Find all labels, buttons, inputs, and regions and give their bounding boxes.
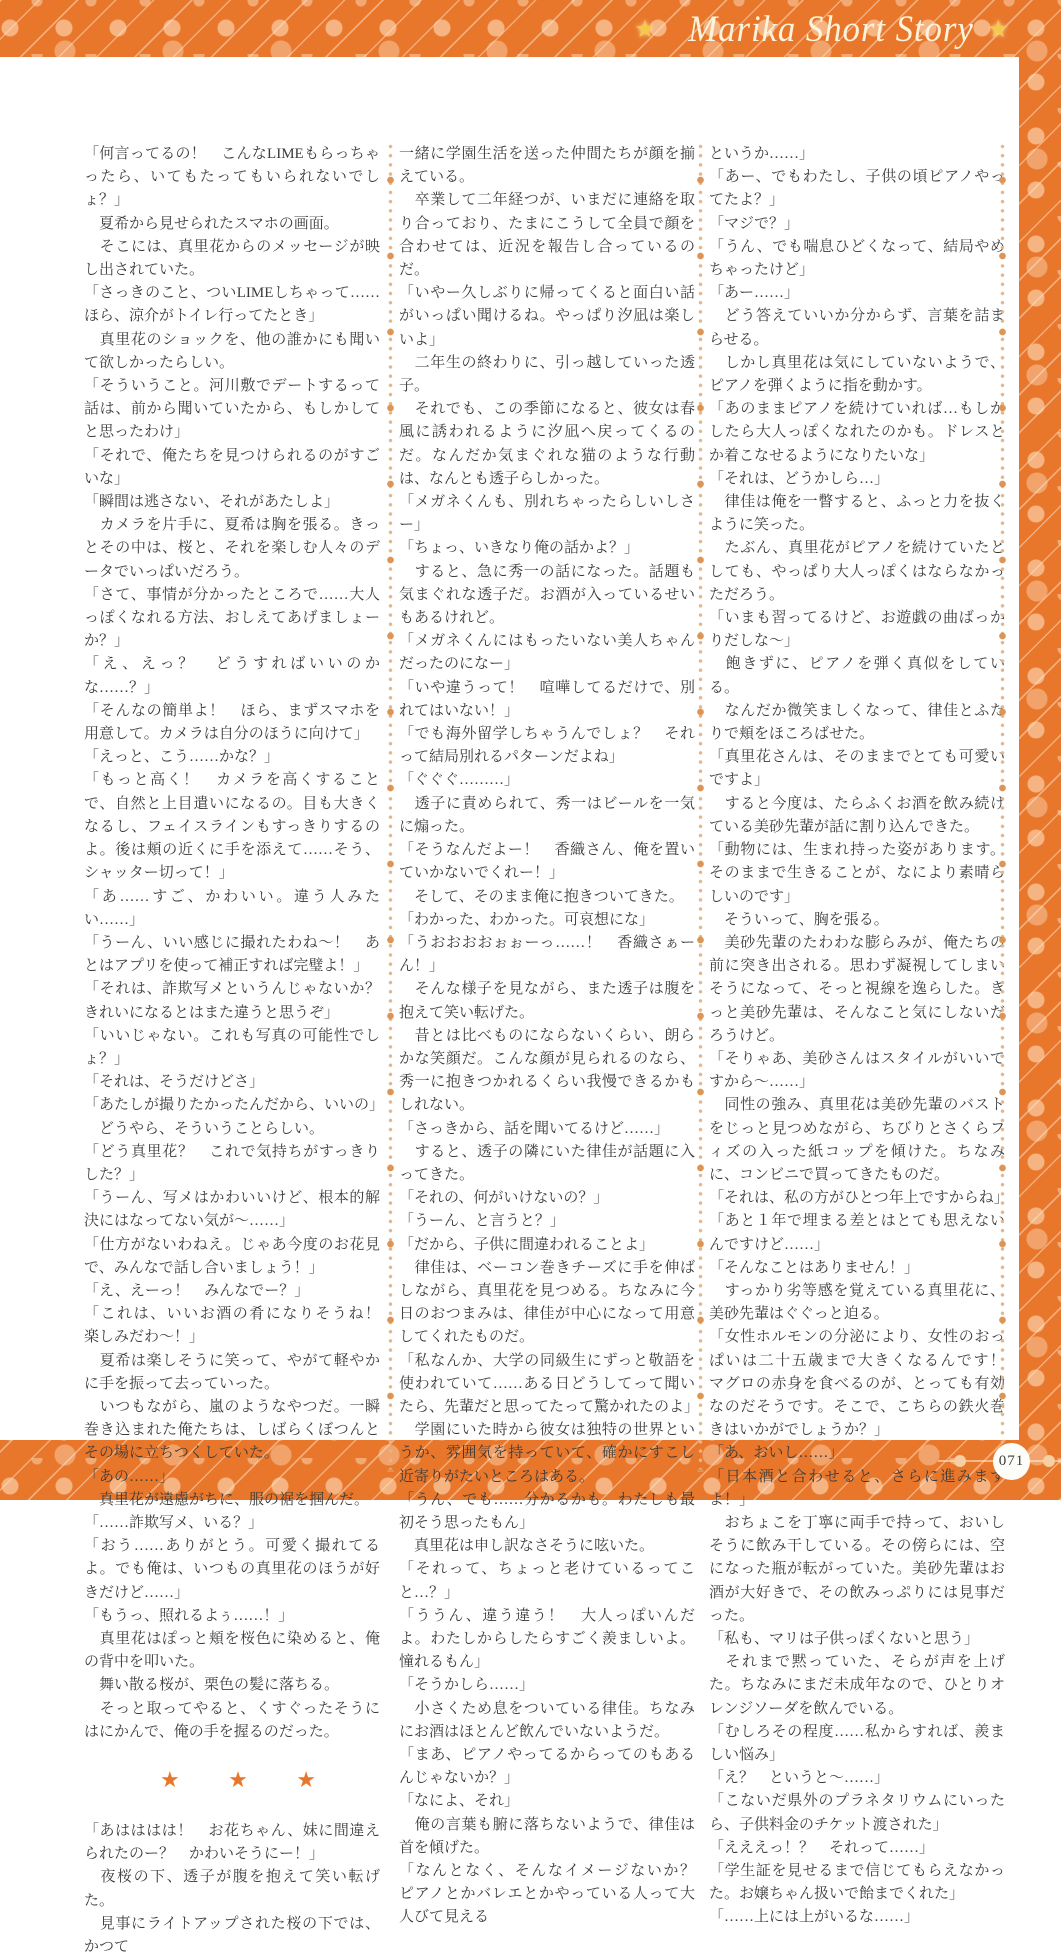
story-paragraph: すると今度は、たらふくお酒を飲み続けている美砂先輩が話に割り込んできた。 [709, 793, 1005, 839]
story-paragraph: 「うん、でも……分かるかも。わたしも最初そう思ったもん」 [399, 1489, 695, 1500]
story-paragraph: 「え、えーっ！ みんなでー？」 [84, 1280, 380, 1303]
story-paragraph: 「瞬間は逃さない、それがあたしよ」 [84, 491, 380, 514]
story-paragraph: たぶん、真里花がピアノを続けていたとしても、やっぱり大人っぽくはならなかっただろ… [709, 537, 1005, 607]
story-paragraph: 「うーん、写メはかわいいけど、根本的解決にはなってない気が〜……」 [84, 1187, 380, 1233]
story-paragraph: 「日本酒と合わせると、さらに進みますよ！」 [709, 1466, 1005, 1500]
story-paragraph: 律佳は俺を一瞥すると、ふっと力を抜くように笑った。 [709, 491, 1005, 537]
story-paragraph: 「うん、でも喘息ひどくなって、結局やめちゃったけど」 [709, 236, 1005, 282]
story-paragraph: 「うーん、いい感じに撮れたわね〜！ あとはアプリを使って補正すれば完璧よ！」 [84, 932, 380, 978]
story-paragraph: いつもながら、嵐のようなやつだ。一瞬巻き込まれた俺たちは、しばらくぼつんとその場… [84, 1396, 380, 1466]
story-paragraph: 「いまも習ってるけど、お遊戯の曲ばっかりだしな〜」 [709, 607, 1005, 653]
story-paragraph: 「さっきのこと、ついLIMEしちゃって……ほら、涼介がトイレ行ってたとき」 [84, 282, 380, 328]
story-paragraph: 「あと１年で埋まる差とはとても思えないんですけど……」 [709, 1210, 1005, 1256]
story-paragraph: 「メガネくんも、別れちゃったらしいしさー」 [399, 491, 695, 537]
story-paragraph: どうやら、そういうことらしい。 [84, 1118, 380, 1141]
story-paragraph: 「あ……すご、かわいい。違う人みたい……」 [84, 886, 380, 932]
story-paragraph: 同性の強み、真里花は美砂先輩のバストをじっと見つめながら、ちびりとさくらフィズの… [709, 1094, 1005, 1187]
story-paragraph: 「さっきから、話を聞いてるけど……」 [399, 1118, 695, 1141]
story-paragraph: 律佳は、ベーコン巻きチーズに手を伸ばしながら、真里花を見つめる。ちなみに今日のお… [399, 1257, 695, 1350]
story-paragraph: 「ちょっ、いきなり俺の話かよ？」 [399, 537, 695, 560]
text-column-1: 「何言ってるの！ こんなLIMEもらっちゃったら、いてもたってもいられないでしょ… [84, 143, 380, 1500]
story-paragraph: 「あー、でもわたし、子供の頃ピアノやってたよ？」 [709, 166, 1005, 212]
story-paragraph: 「いや違うって！ 喧嘩してるだけで、別れてはいない！」 [399, 677, 695, 723]
story-paragraph: 学園にいた時から彼女は独特の世界というか、雰囲気を持っていて、確かにすこし近寄り… [399, 1419, 695, 1489]
star-icon: ★ [987, 15, 1009, 44]
story-paragraph: 「うーん、と言うと？」 [399, 1210, 695, 1233]
story-paragraph: 「あー……」 [709, 282, 1005, 305]
text-column-3: というか……」「あー、でもわたし、子供の頃ピアノやってたよ？」「マジで？」「うん… [709, 143, 1005, 1500]
story-paragraph: 「何言ってるの！ こんなLIMEもらっちゃったら、いてもたってもいられないでしょ… [84, 143, 380, 213]
story-paragraph: というか……」 [709, 143, 1005, 166]
story-paragraph: そこには、真里花からのメッセージが映し出されていた。 [84, 236, 380, 282]
chain-dot-icon [954, 1455, 966, 1467]
chain-dot-icon [1043, 1455, 1055, 1467]
story-paragraph: 「これは、いいお酒の肴になりそうね！ 楽しみだわ〜！」 [84, 1303, 380, 1349]
column-separator [697, 142, 704, 1472]
column-separator [387, 142, 394, 1472]
story-paragraph: 「どう真里花？ これで気持ちがすっきりした？」 [84, 1141, 380, 1187]
story-paragraph: そういって、胸を張る。 [709, 909, 1005, 932]
story-paragraph: 「え、えっ？ どうすればいいのかな……？」 [84, 653, 380, 699]
star-icon: ★ [634, 15, 656, 44]
story-paragraph: 「それは、どうかしら…」 [709, 468, 1005, 491]
story-paragraph: 夏希から見せられたスマホの画面。 [84, 213, 380, 236]
story-paragraph: 「私なんか、大学の同級生にずっと敬語を使われていて……ある日どうしてって聞いたら… [399, 1350, 695, 1420]
story-paragraph: 二年生の終わりに、引っ越していった透子。 [399, 352, 695, 398]
story-paragraph: 「あたしが撮りたかったんだから、いいの」 [84, 1094, 380, 1117]
story-paragraph: 卒業して二年経つが、いまだに連絡を取り合っており、たまにこうして全員で顔を合わせ… [399, 189, 695, 282]
story-paragraph: すっかり劣等感を覚えている真里花に、美砂先輩はぐぐっと迫る。 [709, 1280, 1005, 1326]
text-column-2: 一緒に学園生活を送った仲間たちが顔を揃えている。 卒業して二年経つが、いまだに連… [399, 143, 695, 1500]
story-paragraph: 真里花のショックを、他の誰かにも聞いて欲しかったらしい。 [84, 329, 380, 375]
story-paragraph: 「仕方がないわねえ。じゃあ今度のお花見で、みんなで話し合いましょう！」 [84, 1234, 380, 1280]
story-paragraph: 「それの、何がいけないの？」 [399, 1187, 695, 1210]
story-paragraph: 「でも海外留学しちゃうんでしょ？ それって結局別れるパターンだよね」 [399, 723, 695, 769]
story-paragraph: 「えっと、こう……かな？」 [84, 746, 380, 769]
story-paragraph: そして、そのまま俺に抱きついてきた。 [399, 886, 695, 909]
page-number: 071 [999, 1453, 1025, 1470]
story-paragraph: 「だから、子供に間違われることよ」 [399, 1234, 695, 1257]
story-paragraph: 「そういうこと。河川敷でデートするって話は、前から聞いていたから、もしかしてと思… [84, 375, 380, 445]
story-paragraph: 「それは、そうだけどさ」 [84, 1071, 380, 1094]
story-paragraph: 「そりゃあ、美砂さんはスタイルがいいですから〜……」 [709, 1048, 1005, 1094]
story-paragraph: なんだか微笑ましくなって、律佳とふたりで頬をほころばせた。 [709, 700, 1005, 746]
story-paragraph: すると、透子の隣にいた律佳が話題に入ってきた。 [399, 1141, 695, 1187]
page-header: ★ Marika Short Story ★ [634, 4, 1009, 54]
story-paragraph: 「メガネくんにはもったいない美人ちゃんだったのになー」 [399, 630, 695, 676]
story-paragraph: しかし真里花は気にしていないようで、ピアノを弾くように指を動かす。 [709, 352, 1005, 398]
story-paragraph: 「あのままピアノを続けていれば…もしかしたら大人っぽくなれたのかも。ドレスとか着… [709, 398, 1005, 468]
story-paragraph: 「そんなの簡単よ！ ほら、まずスマホを用意して。カメラは自分のほうに向けて」 [84, 700, 380, 746]
column-separator [999, 142, 1006, 1472]
story-paragraph: どう答えていいか分からず、言葉を詰まらせる。 [709, 305, 1005, 351]
story-paragraph: 「もっと高く！ カメラを高くすることで、自然と上目遣いになるの。目も大きくなるし… [84, 769, 380, 885]
story-paragraph: 「マジで？」 [709, 213, 1005, 236]
story-paragraph: 「わかった、わかった。可哀想にな」 [399, 909, 695, 932]
story-paragraph: 一緒に学園生活を送った仲間たちが顔を揃えている。 [399, 143, 695, 189]
story-paragraph: すると、急に秀一の話になった。話題も気まぐれな透子だ。お酒が入っているせいもある… [399, 561, 695, 631]
story-paragraph: 「それは、私の方がひとつ年上ですからね」 [709, 1187, 1005, 1210]
story-paragraph: 美砂先輩のたわわな膨らみが、俺たちの前に突き出される。思わず凝視してしまいそうに… [709, 932, 1005, 1048]
story-paragraph: 昔とは比べものにならないくらい、朗らかな笑顔だ。こんな顔が見られるのなら、秀一に… [399, 1025, 695, 1118]
story-page: 「何言ってるの！ こんなLIMEもらっちゃったら、いてもたってもいられないでしょ… [0, 57, 1019, 1440]
story-paragraph: 「動物には、生まれ持った姿があります。そのままで生きることが、なにより素晴らしい… [709, 839, 1005, 909]
story-paragraph: 透子に責められて、秀一はビールを一気に煽った。 [399, 793, 695, 839]
story-paragraph: 飽きずに、ピアノを弾く真似をしている。 [709, 653, 1005, 699]
story-paragraph: 「それで、俺たちを見つけられるのがすごいな」 [84, 445, 380, 491]
story-paragraph: カメラを片手に、夏希は胸を張る。きっとその中は、桜と、それを楽しむ人々のデータで… [84, 514, 380, 584]
story-paragraph: 「女性ホルモンの分泌により、女性のおっぱいは二十五歳まで大きくなるんです！ マグ… [709, 1326, 1005, 1442]
story-paragraph: 「ぐぐぐ………」 [399, 769, 695, 792]
story-paragraph: 「それは、詐欺写メというんじゃないか？ きれいになるとはまた違うと思うぞ」 [84, 978, 380, 1024]
page-number-badge: 071 [993, 1443, 1030, 1480]
story-paragraph: 「いいじゃない。これも写真の可能性でしょ？」 [84, 1025, 380, 1071]
story-paragraph: そんな様子を見ながら、また透子は腹を抱えて笑い転げた。 [399, 978, 695, 1024]
story-paragraph: 「あの……」 [84, 1466, 380, 1489]
story-paragraph: 「そうなんだよー！ 香織さん、俺を置いていかないでくれー！」 [399, 839, 695, 885]
story-paragraph: それでも、この季節になると、彼女は春風に誘われるように汐凪へ戻ってくるのだ。なん… [399, 398, 695, 491]
story-paragraph: 「真里花さんは、そのままでとても可愛いですよ」 [709, 746, 1005, 792]
story-paragraph: 夏希は楽しそうに笑って、やがて軽やかに手を振って去っていった。 [84, 1350, 380, 1396]
story-paragraph: 「そんなことはありません！」 [709, 1257, 1005, 1280]
story-paragraph: 「さて、事情が分かったところで……大人っぽくなれる方法、おしえてあげましょーか？… [84, 584, 380, 654]
story-paragraph: 「うおおおおぉぉーっ……！ 香織さぁーん！」 [399, 932, 695, 978]
page-title: Marika Short Story [688, 8, 973, 51]
story-paragraph: 「いやー久しぶりに帰ってくると面白い話がいっぱい聞けるね。やっぱり汐凪は楽しいよ… [399, 282, 695, 352]
story-paragraph: 真里花が遠慮がちに、服の裾を掴んだ。 [84, 1489, 380, 1500]
